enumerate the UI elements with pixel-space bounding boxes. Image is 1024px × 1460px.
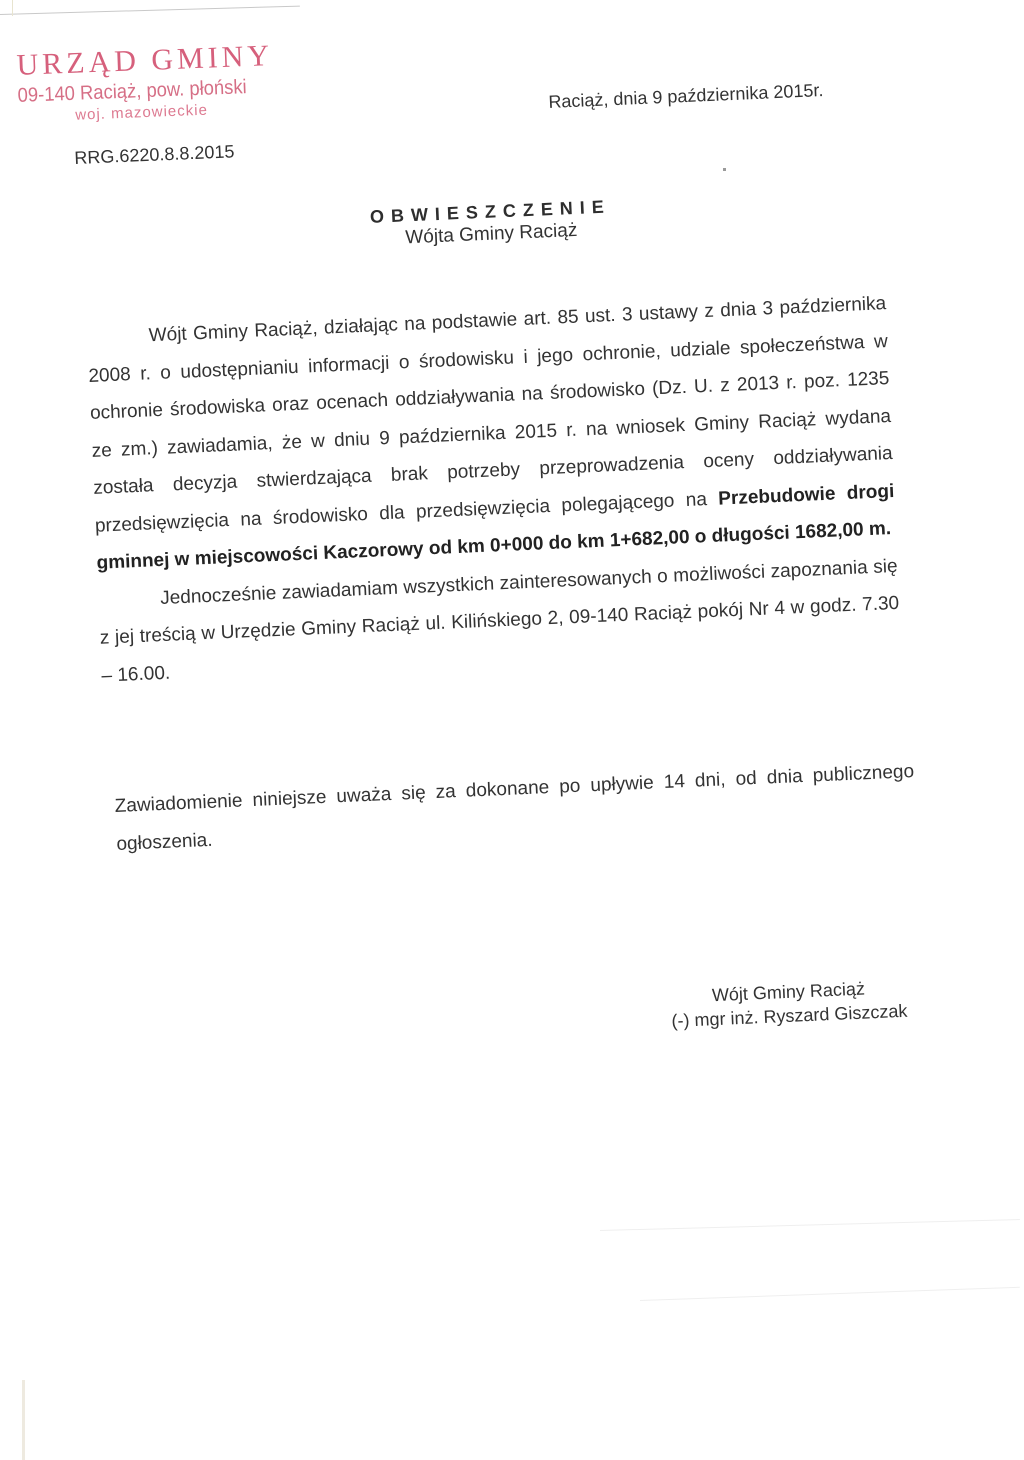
scan-speck — [723, 168, 726, 171]
scan-streak — [640, 1287, 1020, 1301]
scan-edge — [22, 1380, 25, 1460]
office-stamp: URZĄD GMINY 09-140 Raciąż, pow. płoński … — [14, 37, 297, 128]
paragraph-decision: Wójt Gminy Raciąż, działając na podstawi… — [86, 285, 897, 582]
document-heading: OBWIESZCZENIE Wójta Gminy Raciąż — [345, 193, 637, 252]
scan-edge — [0, 0, 300, 15]
place-date: Raciąż, dnia 9 października 2015r. — [548, 80, 824, 113]
paragraph-notice-effective: Zawiadomienie niniejsze uważa się za dok… — [114, 753, 917, 864]
document-body: Wójt Gminy Raciąż, działając na podstawi… — [86, 285, 902, 695]
reference-number: RRG.6220.8.8.2015 — [74, 141, 235, 169]
scan-edge — [12, 0, 13, 16]
scan-streak — [600, 1219, 1020, 1231]
signature-block: Wójt Gminy Raciąż (-) mgr inż. Ryszard G… — [648, 974, 930, 1034]
